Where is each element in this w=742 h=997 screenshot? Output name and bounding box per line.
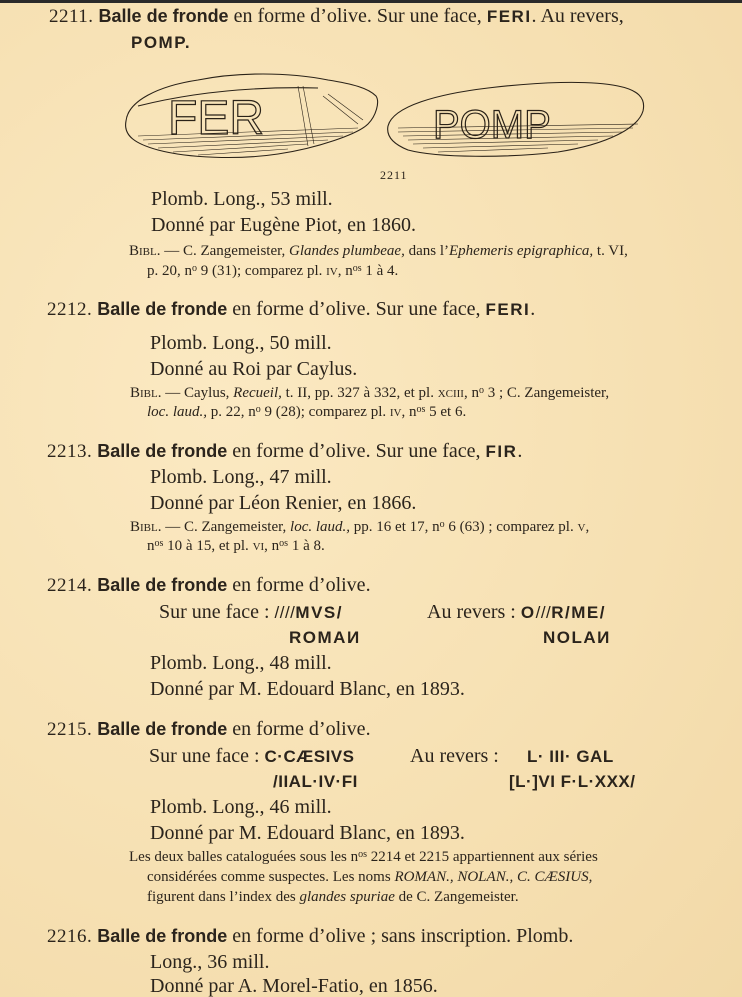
inscription-reverse: POMP.: [131, 33, 191, 53]
viewer-top-bar: [0, 0, 742, 3]
revers-inscription-line: Au revers : O///R/ME/: [427, 601, 606, 624]
material-line: Plomb. Long., 47 mill.: [150, 466, 332, 489]
material-line: Long., 36 mill.: [150, 951, 269, 974]
revers-inscription-line-1: L· III· GAL: [527, 747, 614, 767]
bibliography-line-2: p. 20, no 9 (31); comparez pl. iv, nos 1…: [147, 263, 398, 280]
entry-heading-bold: Balle de fronde: [99, 6, 229, 26]
donor-line: Donné au Roi par Caylus.: [150, 358, 357, 381]
entry-2211-heading: 2211. Balle de fronde en forme d’olive. …: [49, 5, 624, 28]
inscription: FERI: [487, 7, 532, 26]
face-inscription-line: Sur une face : C·CÆSIVS: [149, 745, 354, 768]
entry-2212-heading: 2212. Balle de fronde en forme d’olive. …: [47, 298, 535, 321]
bullet-right-icon: POMP: [388, 82, 644, 156]
bibliography-line-1: Bibl. — C. Zangemeister, Glandes plumbea…: [129, 243, 628, 260]
donor-line: Donné par Léon Renier, en 1866.: [150, 492, 416, 515]
revers-inscription-line-2: NOLAИ: [543, 628, 611, 648]
note-line-1: Les deux balles cataloguées sous les nos…: [129, 849, 598, 866]
svg-text:POMP: POMP: [433, 103, 551, 147]
material-line: Plomb. Long., 53 mill.: [151, 188, 333, 211]
bibliography-line-2: nos 10 à 15, et pl. vi, nos 1 à 8.: [147, 538, 325, 555]
face-inscription-line-2: ROMAИ: [289, 628, 361, 648]
bullet-left-icon: FER: [126, 74, 378, 157]
note-line-2: considérées comme suspectes. Les noms RO…: [147, 869, 592, 886]
revers-inscription-line: Au revers :: [410, 745, 499, 768]
face-inscription-line-2: /IIAL·IV·FI: [273, 772, 358, 792]
bibliography-line-1: Bibl. — C. Zangemeister, loc. laud., pp.…: [130, 519, 589, 536]
sling-bullet-illustration: FER POMP: [118, 66, 648, 176]
donor-line: Donné par Eugène Piot, en 1860.: [151, 214, 416, 237]
entry-heading-text: en forme d’olive. Sur une face,: [229, 5, 487, 27]
bibliography-line-1: Bibl. — Caylus, Recueil, t. II, pp. 327 …: [130, 385, 609, 402]
note-line-3: figurent dans l’index des glandes spuria…: [147, 889, 519, 906]
svg-text:FER: FER: [168, 92, 264, 145]
face-inscription-line: Sur une face : ////MVS/: [159, 601, 343, 624]
material-line: Plomb. Long., 50 mill.: [150, 332, 332, 355]
entry-number: 2211.: [49, 6, 94, 27]
entry-heading-tail: . Au revers,: [532, 5, 624, 27]
entry-2214-heading: 2214. Balle de fronde en forme d’olive.: [47, 574, 371, 597]
entry-2215-heading: 2215. Balle de fronde en forme d’olive.: [47, 718, 371, 741]
bibliography-line-2: loc. laud., p. 22, no 9 (28); comparez p…: [147, 404, 466, 421]
figure-caption: 2211: [380, 168, 408, 183]
entry-2213-heading: 2213. Balle de fronde en forme d’olive. …: [47, 440, 522, 463]
donor-line: Donné par A. Morel-Fatio, en 1856.: [150, 975, 438, 997]
material-line: Plomb. Long., 48 mill.: [150, 652, 332, 675]
donor-line: Donné par M. Edouard Blanc, en 1893.: [150, 822, 465, 845]
entry-2216-heading: 2216. Balle de fronde en forme d’olive ;…: [47, 925, 573, 948]
material-line: Plomb. Long., 46 mill.: [150, 796, 332, 819]
revers-inscription-line-2: [L·]VI F·L·XXX/: [509, 772, 635, 792]
donor-line: Donné par M. Edouard Blanc, en 1893.: [150, 678, 465, 701]
